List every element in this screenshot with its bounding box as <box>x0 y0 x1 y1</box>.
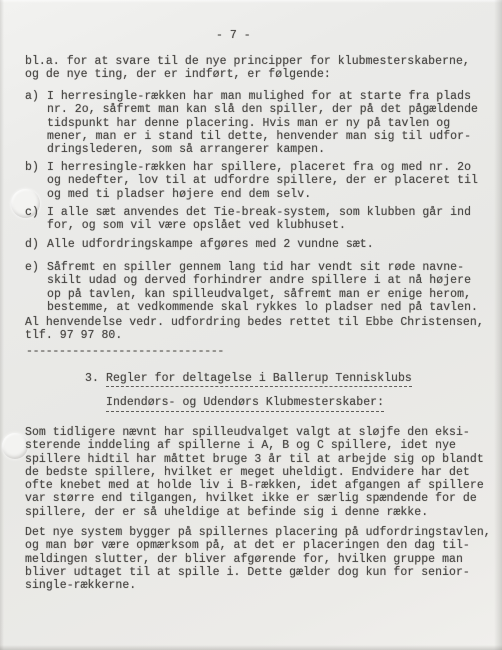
list-item-e: e) Såfremt en spiller gennem lang tid ha… <box>25 261 490 314</box>
list-item-text: Alle udfordringskampe afgøres med 2 vund… <box>47 238 490 251</box>
dashed-separator: ------------------------------ <box>26 345 224 358</box>
scan-edge-shadow-bottom <box>0 645 502 650</box>
scan-edge-highlight-top <box>0 0 502 3</box>
list-item-label: d) <box>25 238 39 251</box>
section-title-line2: Indendørs- og Udendørs Klubmesterskaber: <box>106 396 384 411</box>
section-title-line1: Regler for deltagelse i Ballerup Tennisk… <box>106 372 412 387</box>
list-item-text: I alle sæt anvendes det Tie-break-system… <box>47 206 490 233</box>
list-item-b: b) I herresingle-rækken har spillere, pl… <box>25 161 490 201</box>
section-heading: 3. Regler for deltagelse i Ballerup Tenn… <box>85 372 412 421</box>
list-item-text: I herresingle-rækken har spillere, place… <box>47 161 490 201</box>
list-item-label: a) <box>25 90 39 103</box>
intro-paragraph: bl.a. for at svare til de nye principper… <box>25 55 488 82</box>
paragraph-new-system: Det nye system bygger på spillernes plac… <box>25 526 494 592</box>
scan-edge-shadow-left <box>0 0 4 650</box>
list-item-label: c) <box>25 206 39 219</box>
list-item-label: e) <box>25 261 39 274</box>
list-item-text: I herresingle-rækken har man mulighed fo… <box>47 90 490 156</box>
list-item-label: b) <box>25 161 39 174</box>
page-number: - 7 - <box>216 29 251 42</box>
contact-paragraph: Al henvendelse vedr. udfordring bedes re… <box>25 316 490 343</box>
paragraph-history: Som tidligere nævnt har spilleudvalget v… <box>25 426 494 519</box>
list-item-text: Såfremt en spiller gennem lang tid har v… <box>47 261 490 314</box>
list-item-c: c) I alle sæt anvendes det Tie-break-sys… <box>25 206 490 233</box>
list-item-a: a) I herresingle-rækken har man mulighed… <box>25 90 490 156</box>
section-number: 3. <box>85 372 99 385</box>
scanned-document-page: - 7 - bl.a. for at svare til de nye prin… <box>0 0 502 650</box>
list-item-d: d) Alle udfordringskampe afgøres med 2 v… <box>25 238 490 251</box>
scan-edge-shadow-right <box>494 0 502 650</box>
